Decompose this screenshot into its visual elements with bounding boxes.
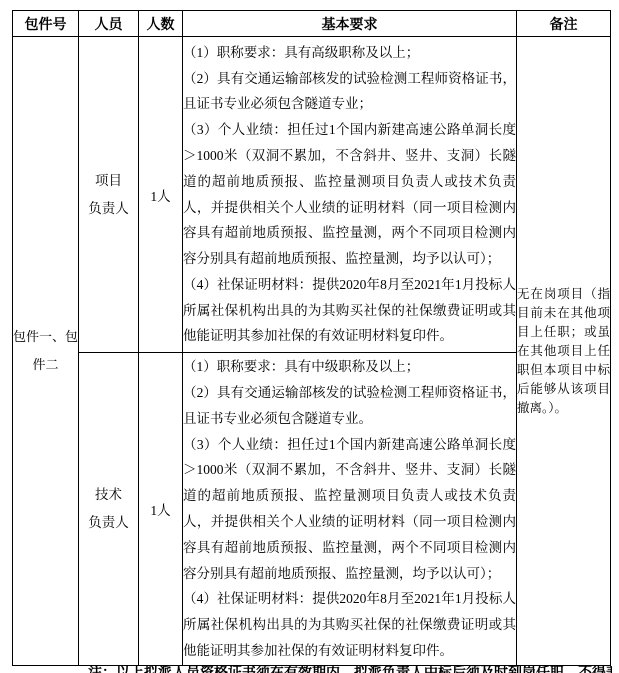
personnel-requirements-table: 包件号 人员 人数 基本要求 备注 包件一、包件二 项目负责人 1人 （1）职称… xyxy=(12,10,611,666)
role-line: 技术 xyxy=(79,481,138,509)
role-line: 负责人 xyxy=(79,195,138,223)
requirement-item: （1）职称要求：具有高级职称及以上； xyxy=(183,40,516,66)
col-header-package-no: 包件号 xyxy=(13,11,79,37)
col-header-headcount: 人数 xyxy=(139,11,183,37)
clipped-footer-note: 注：以上拟派人员资格证书须在有效期内，拟派负责人中标后须及时到岗任职，不得兼任 xyxy=(88,666,612,673)
table-header-row: 包件号 人员 人数 基本要求 备注 xyxy=(13,11,611,37)
requirement-item: （4）社保证明材料：提供2020年8月至2021年1月投标人所属社保机构出具的为… xyxy=(183,272,516,349)
col-header-remark: 备注 xyxy=(517,11,611,37)
requirement-item: （3）个人业绩：担任过1个国内新建高速公路单洞长度＞1000米（双洞不累加，不含… xyxy=(183,117,516,272)
package-number-cell: 包件一、包件二 xyxy=(13,37,79,666)
requirement-item: （2）具有交通运输部核发的试验检测工程师资格证书，且证书专业必须包含隧道专业； xyxy=(183,66,516,118)
remark-cell: 无在岗项目（指目前未在其他项目上任职；或虽在其他项目上任职但本项目中标后能够从该… xyxy=(517,37,611,666)
role-line: 项目 xyxy=(79,167,138,195)
role-cell-technical-lead: 技术负责人 xyxy=(79,353,139,666)
requirements-cell-project-manager: （1）职称要求：具有高级职称及以上；（2）具有交通运输部核发的试验检测工程师资格… xyxy=(183,37,517,353)
requirement-item: （1）职称要求：具有中级职称及以上； xyxy=(183,354,516,380)
requirement-item: （4）社保证明材料：提供2020年8月至2021年1月投标人所属社保机构出具的为… xyxy=(183,586,516,663)
role-line: 负责人 xyxy=(79,509,138,537)
col-header-personnel: 人员 xyxy=(79,11,139,37)
requirement-item: （3）个人业绩：担任过1个国内新建高速公路单洞长度＞1000米（双洞不累加，不含… xyxy=(183,432,516,587)
headcount-cell-technical-lead: 1人 xyxy=(139,353,183,666)
table-row-project-manager: 包件一、包件二 项目负责人 1人 （1）职称要求：具有高级职称及以上；（2）具有… xyxy=(13,37,611,353)
requirement-item: （2）具有交通运输部核发的试验检测工程师资格证书，且证书专业必须包含隧道专业。 xyxy=(183,380,516,432)
col-header-basic-requirements: 基本要求 xyxy=(183,11,517,37)
document-page: 包件号 人员 人数 基本要求 备注 包件一、包件二 项目负责人 1人 （1）职称… xyxy=(0,0,619,673)
role-cell-project-manager: 项目负责人 xyxy=(79,37,139,353)
requirements-cell-technical-lead: （1）职称要求：具有中级职称及以上；（2）具有交通运输部核发的试验检测工程师资格… xyxy=(183,353,517,666)
headcount-cell-project-manager: 1人 xyxy=(139,37,183,353)
